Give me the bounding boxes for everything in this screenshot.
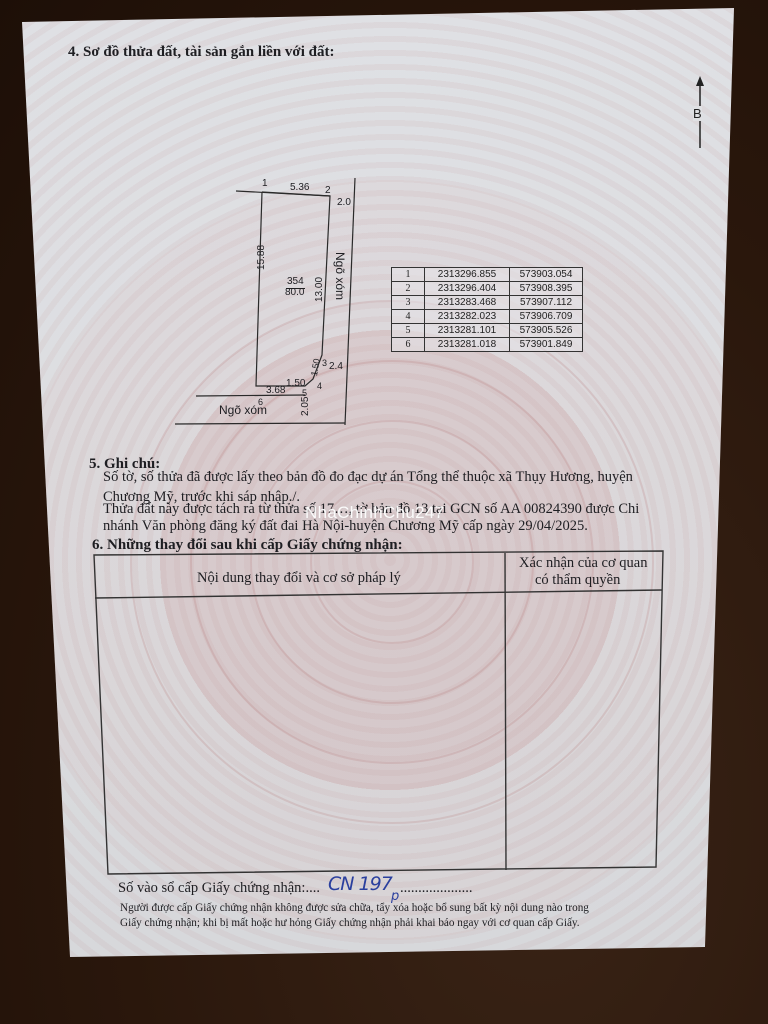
certificate-page: 4. Sơ đồ thửa đất, tài sản gắn liền với … — [0, 0, 768, 1024]
changes-col2-header-line2: có thẩm quyền — [535, 570, 620, 591]
changes-table — [0, 0, 768, 1024]
registry-label: Số vào sổ cấp Giấy chứng nhận: — [118, 880, 305, 896]
registry-handwritten-number: CN 197 — [328, 873, 392, 895]
footer-note-line-1: Người được cấp Giấy chứng nhận không đượ… — [120, 902, 589, 914]
registry-dots-before: .... — [305, 880, 320, 896]
registry-dots-after: .................... — [400, 880, 473, 896]
registry-line: Số vào sổ cấp Giấy chứng nhận:..........… — [118, 880, 472, 897]
changes-col1-header: Nội dung thay đổi và cơ sở pháp lý — [197, 568, 401, 589]
footer-note-line-2: Giấy chứng nhận; khi bị mất hoặc hư hỏng… — [120, 917, 580, 929]
